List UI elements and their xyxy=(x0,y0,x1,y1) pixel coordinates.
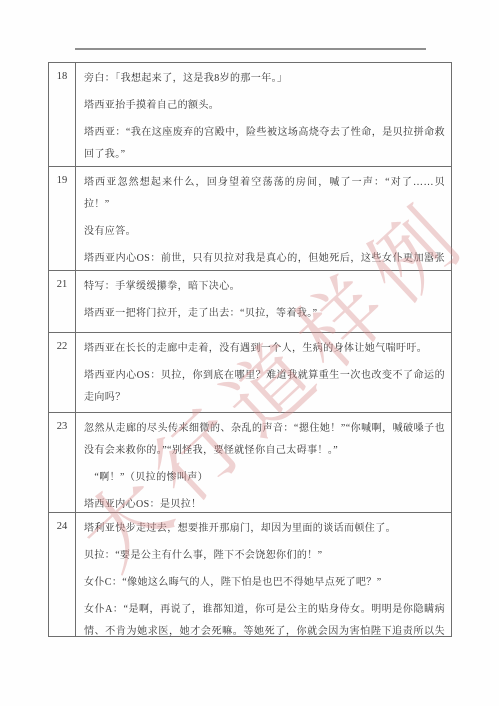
scene-number: 23 xyxy=(49,413,76,512)
script-table: 18 旁白：「我想起来了，这是我8岁的那一年。」塔西亚抬手摸着自己的额头。塔西亚… xyxy=(48,62,452,637)
table-row: 23 忽然从走廊的尽头传来细微的、杂乱的声音：“摁住她！”“你喊啊，喊破嗓子也没… xyxy=(49,413,451,513)
paragraph: 塔西亚内心OS：前世，只有贝拉对我是真心的，但她死后，这些女仆更加嚣张的虐待我，… xyxy=(84,248,445,270)
scene-number: 21 xyxy=(49,271,76,332)
paragraph: “啊！”（贝拉的惨叫声） xyxy=(84,467,445,489)
table-row: 21 特写：手掌缓缓攥拳，暗下决心。塔西亚一把将门拉开，走了出去：“贝拉，等着我… xyxy=(49,271,451,333)
scene-number: 18 xyxy=(49,63,76,166)
table-row: 24 塔利亚快步走过去，想要推开那扇门，却因为里面的谈话而顿住了。贝拉：“要是公… xyxy=(49,513,451,636)
paragraph: 特写：手掌缓缓攥拳，暗下决心。 xyxy=(84,276,445,298)
paragraph: 塔西亚在长长的走廊中走着，没有遇到一个人，生病的身体让她气喘吁吁。 xyxy=(84,338,445,360)
paragraph: 塔西亚一把将门拉开，走了出去：“贝拉，等着我。” xyxy=(84,303,445,325)
table-row: 22 塔西亚在长长的走廊中走着，没有遇到一个人，生病的身体让她气喘吁吁。塔西亚内… xyxy=(49,333,451,413)
scene-content: 塔西亚忽然想起来什么，回身望着空荡荡的房间，喊了一声：“对了……贝拉！”没有应答… xyxy=(76,167,451,270)
scene-number: 22 xyxy=(49,333,76,412)
paragraph: 贝拉：“要是公主有什么事，陛下不会饶恕你们的！” xyxy=(84,545,445,567)
paragraph: 女仆A：“是啊，再说了，谁都知道，你可是公主的贴身侍女。明明是你隐瞒病情、不肯为… xyxy=(84,599,445,636)
paragraph: 塔西亚忽然想起来什么，回身望着空荡荡的房间，喊了一声：“对了……贝拉！” xyxy=(84,172,445,216)
paragraph: 塔西亚内心OS：贝拉，你到底在哪里？难道我就算重生一次也改变不了命运的走向吗？ xyxy=(84,365,445,409)
table-row: 18 旁白：「我想起来了，这是我8岁的那一年。」塔西亚抬手摸着自己的额头。塔西亚… xyxy=(49,63,451,167)
paragraph: 塔西亚：“我在这座废弃的宫殿中，险些被这场高烧夺去了性命，是贝拉拼命救回了我。” xyxy=(84,122,445,166)
paragraph: 女仆C：“像她这么晦气的人，陛下怕是也巴不得她早点死了吧？” xyxy=(84,572,445,594)
table-row: 19 塔西亚忽然想起来什么，回身望着空荡荡的房间，喊了一声：“对了……贝拉！”没… xyxy=(49,167,451,271)
paragraph: 忽然从走廊的尽头传来细微的、杂乱的声音：“摁住她！”“你喊啊，喊破嗓子也没有会来… xyxy=(84,418,445,462)
paragraph: 塔西亚内心OS：是贝拉！ xyxy=(84,494,445,512)
scene-number: 19 xyxy=(49,167,76,270)
scene-content: 塔西亚在长长的走廊中走着，没有遇到一个人，生病的身体让她气喘吁吁。塔西亚内心OS… xyxy=(76,333,451,412)
paragraph: 塔利亚快步走过去，想要推开那扇门，却因为里面的谈话而顿住了。 xyxy=(84,518,445,540)
scene-content: 旁白：「我想起来了，这是我8岁的那一年。」塔西亚抬手摸着自己的额头。塔西亚：“我… xyxy=(76,63,451,166)
scene-number: 24 xyxy=(49,513,76,636)
script-page: 18 旁白：「我想起来了，这是我8岁的那一年。」塔西亚抬手摸着自己的额头。塔西亚… xyxy=(0,0,499,706)
scene-content: 特写：手掌缓缓攥拳，暗下决心。塔西亚一把将门拉开，走了出去：“贝拉，等着我。” xyxy=(76,271,451,332)
paragraph: 塔西亚抬手摸着自己的额头。 xyxy=(84,95,445,117)
scene-content: 塔利亚快步走过去，想要推开那扇门，却因为里面的谈话而顿住了。贝拉：“要是公主有什… xyxy=(76,513,451,636)
paragraph: 没有应答。 xyxy=(84,221,445,243)
scene-content: 忽然从走廊的尽头传来细微的、杂乱的声音：“摁住她！”“你喊啊，喊破嗓子也没有会来… xyxy=(76,413,451,512)
paragraph: 旁白：「我想起来了，这是我8岁的那一年。」 xyxy=(84,68,445,90)
header-rule xyxy=(75,48,426,50)
